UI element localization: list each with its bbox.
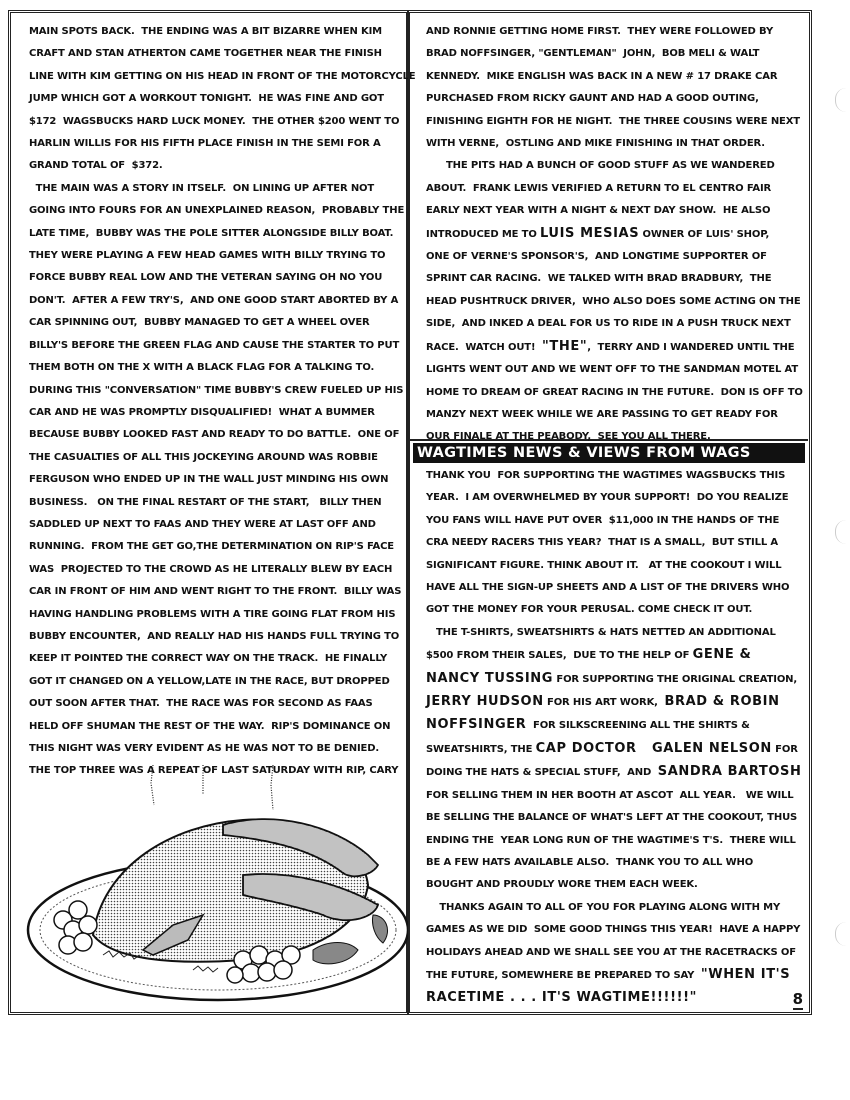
text-line: INTRODUCED ME TO LUIS MESIAS OWNER OF LU… (426, 223, 803, 246)
emphasized-name: CAP DOCTOR GALEN NELSON (536, 741, 772, 756)
text-line: BRAD NOFFSINGER, "GENTLEMAN" JOHN, BOB M… (426, 43, 803, 65)
race-report-section: AND RONNIE GETTING HOME FIRST. THEY WERE… (410, 13, 808, 441)
text-line: CAR IN FRONT OF HIM AND WENT RIGHT TO TH… (29, 581, 415, 603)
text-line: DURING THIS "CONVERSATION" TIME BUBBY'S … (29, 380, 415, 402)
text-line: FORCE BUBBY REAL LOW AND THE VETERAN SAY… (29, 267, 415, 289)
text-line: $172 WAGSBUCKS HARD LUCK MONEY. THE OTHE… (29, 111, 415, 133)
text-line: MAIN SPOTS BACK. THE ENDING WAS A BIT BI… (29, 21, 415, 43)
text-line: RACETIME . . . IT'S WAGTIME!!!!!!" (426, 987, 801, 1010)
text-run: , TERRY AND I WANDERED UNTIL THE (587, 342, 794, 353)
text-line: OUT SOON AFTER THAT. THE RACE WAS FOR SE… (29, 693, 415, 715)
text-line: RACE. WATCH OUT! "THE", TERRY AND I WAND… (426, 336, 803, 359)
text-line: GOT THE MONEY FOR YOUR PERUSAL. COME CHE… (426, 599, 801, 621)
text-line: YEAR. I AM OVERWHELMED BY YOUR SUPPORT! … (426, 487, 801, 509)
text-line: FOR SELLING THEM IN HER BOOTH AT ASCOT A… (426, 785, 801, 807)
text-line: THE PITS HAD A BUNCH OF GOOD STUFF AS WE… (426, 155, 803, 177)
text-line: BE SELLING THE BALANCE OF WHAT'S LEFT AT… (426, 807, 801, 829)
text-line: ABOUT. FRANK LEWIS VERIFIED A RETURN TO … (426, 178, 803, 200)
text-run: FOR SUPPORTING THE ORIGINAL CREATION, (553, 674, 797, 685)
text-line: BILLY'S BEFORE THE GREEN FLAG AND CAUSE … (29, 335, 415, 357)
text-line: DON'T. AFTER A FEW TRY'S, AND ONE GOOD S… (29, 290, 415, 312)
text-line: THEM BOTH ON THE X WITH A BLACK FLAG FOR… (29, 357, 415, 379)
text-line: THANK YOU FOR SUPPORTING THE WAGTIMES WA… (426, 465, 801, 487)
text-line: KEEP IT POINTED THE CORRECT WAY ON THE T… (29, 648, 415, 670)
text-line: THE CASUALTIES OF ALL THIS JOCKEYING ARO… (29, 447, 415, 469)
text-line: JUMP WHICH GOT A WORKOUT TONIGHT. HE WAS… (29, 88, 415, 110)
text-line: CRA NEEDY RACERS THIS YEAR? THAT IS A SM… (426, 532, 801, 554)
scan-margin-mark (835, 88, 846, 112)
text-line: SPRINT CAR RACING. WE TALKED WITH BRAD B… (426, 268, 803, 290)
text-line: EARLY NEXT YEAR WITH A NIGHT & NEXT DAY … (426, 200, 803, 222)
text-line: MANZY NEXT WEEK WHILE WE ARE PASSING TO … (426, 404, 803, 426)
text-line: RUNNING. FROM THE GET GO,THE DETERMINATI… (29, 536, 415, 558)
section-banner-wagtimes-news: WAGTIMES NEWS & VIEWS FROM WAGS (413, 443, 805, 463)
text-line: HAVING HANDLING PROBLEMS WITH A TIRE GOI… (29, 604, 415, 626)
text-line: KENNEDY. MIKE ENGLISH WAS BACK IN A NEW … (426, 66, 803, 88)
text-line: FINISHING EIGHTH FOR HE NIGHT. THE THREE… (426, 111, 803, 133)
roast-turkey-illustration (23, 765, 408, 1013)
scan-margin-mark (835, 922, 846, 946)
text-line: HELD OFF SHUMAN THE REST OF THE WAY. RIP… (29, 716, 415, 738)
text-line: CAR SPINNING OUT, BUBBY MANAGED TO GET A… (29, 312, 415, 334)
text-line: SIGNIFICANT FIGURE. THINK ABOUT IT. AT T… (426, 555, 801, 577)
race-report-article: AND RONNIE GETTING HOME FIRST. THEY WERE… (426, 21, 803, 449)
text-run: RACE. WATCH OUT! (426, 342, 542, 353)
text-line: ENDING THE YEAR LONG RUN OF THE WAGTIME'… (426, 830, 801, 852)
text-line: DOING THE HATS & SPECIAL STUFF, AND SAND… (426, 761, 801, 784)
text-line: BUBBY ENCOUNTER, AND REALLY HAD HIS HAND… (29, 626, 415, 648)
text-line: THIS NIGHT WAS VERY EVIDENT AS HE WAS NO… (29, 738, 415, 760)
text-line: HOLIDAYS AHEAD AND WE SHALL SEE YOU AT T… (426, 942, 801, 964)
text-line: CAR AND HE WAS PROMPTLY DISQUALIFIED! WH… (29, 402, 415, 424)
text-line: GOT IT CHANGED ON A YELLOW,LATE IN THE R… (29, 671, 415, 693)
text-line: LIGHTS WENT OUT AND WE WENT OFF TO THE S… (426, 359, 803, 381)
wagtimes-news-article: THANK YOU FOR SUPPORTING THE WAGTIMES WA… (426, 465, 801, 1011)
text-line: HARLIN WILLIS FOR HIS FIFTH PLACE FINISH… (29, 133, 415, 155)
text-line: CRAFT AND STAN ATHERTON CAME TOGETHER NE… (29, 43, 415, 65)
text-line: AND RONNIE GETTING HOME FIRST. THEY WERE… (426, 21, 803, 43)
text-run: $500 FROM THEIR SALES, DUE TO THE HELP O… (426, 650, 693, 661)
text-line: WAS PROJECTED TO THE CROWD AS HE LITERAL… (29, 559, 415, 581)
text-line: HAVE ALL THE SIGN-UP SHEETS AND A LIST O… (426, 577, 801, 599)
text-line: THE T-SHIRTS, SWEATSHIRTS & HATS NETTED … (426, 622, 801, 644)
text-line: BUSINESS. ON THE FINAL RESTART OF THE ST… (29, 492, 415, 514)
scan-margin-mark (835, 520, 846, 544)
page-number: 8 (793, 990, 803, 1010)
text-line: THEY WERE PLAYING A FEW HEAD GAMES WITH … (29, 245, 415, 267)
text-line: HEAD PUSHTRUCK DRIVER, WHO ALSO DOES SOM… (426, 291, 803, 313)
text-line: SADDLED UP NEXT TO FAAS AND THEY WERE AT… (29, 514, 415, 536)
text-run: THE FUTURE, SOMEWHERE BE PREPARED TO SAY (426, 970, 701, 981)
text-line: GAMES AS WE DID SOME GOOD THINGS THIS YE… (426, 919, 801, 941)
text-run: OWNER OF LUIS' SHOP, (639, 229, 769, 240)
text-run: FOR HIS ART WORK, (544, 697, 665, 708)
right-column: AND RONNIE GETTING HOME FIRST. THEY WERE… (408, 10, 812, 1015)
emphasized-name: "THE" (542, 339, 587, 354)
text-line: GRAND TOTAL OF $372. (29, 155, 415, 177)
text-line: PURCHASED FROM RICKY GAUNT AND HAD A GOO… (426, 88, 803, 110)
text-line: THE MAIN WAS A STORY IN ITSELF. ON LININ… (29, 178, 415, 200)
text-line: BE A FEW HATS AVAILABLE ALSO. THANK YOU … (426, 852, 801, 874)
emphasized-name: SANDRA BARTOSH (658, 764, 802, 779)
text-line: THANKS AGAIN TO ALL OF YOU FOR PLAYING A… (426, 897, 801, 919)
text-run: SWEATSHIRTS, THE (426, 744, 536, 755)
emphasized-name: "WHEN IT'S (701, 967, 790, 982)
text-line: SWEATSHIRTS, THE CAP DOCTOR GALEN NELSON… (426, 738, 801, 761)
text-run: FOR (772, 744, 798, 755)
text-run: FOR SILKSCREENING ALL THE SHIRTS & (526, 720, 749, 731)
text-line: $500 FROM THEIR SALES, DUE TO THE HELP O… (426, 644, 801, 667)
text-line: FERGUSON WHO ENDED UP IN THE WALL JUST M… (29, 469, 415, 491)
text-line: ONE OF VERNE'S SPONSOR'S, AND LONGTIME S… (426, 246, 803, 268)
left-column-article: MAIN SPOTS BACK. THE ENDING WAS A BIT BI… (29, 21, 415, 783)
emphasized-name: RACETIME . . . IT'S WAGTIME!!!!!!" (426, 990, 697, 1005)
text-line: NOFFSINGER FOR SILKSCREENING ALL THE SHI… (426, 714, 801, 737)
text-line: JERRY HUDSON FOR HIS ART WORK, BRAD & RO… (426, 691, 801, 714)
text-line: SIDE, AND INKED A DEAL FOR US TO RIDE IN… (426, 313, 803, 335)
text-line: NANCY TUSSING FOR SUPPORTING THE ORIGINA… (426, 668, 801, 691)
text-line: GOING INTO FOURS FOR AN UNEXPLAINED REAS… (29, 200, 415, 222)
text-line: THE FUTURE, SOMEWHERE BE PREPARED TO SAY… (426, 964, 801, 987)
left-column: MAIN SPOTS BACK. THE ENDING WAS A BIT BI… (8, 10, 408, 1015)
emphasized-name: GENE & (693, 647, 752, 662)
emphasized-name: LUIS MESIAS (540, 226, 639, 241)
text-line: LATE TIME, BUBBY WAS THE POLE SITTER ALO… (29, 223, 415, 245)
text-line: WITH VERNE, OSTLING AND MIKE FINISHING I… (426, 133, 803, 155)
emphasized-name: NANCY TUSSING (426, 671, 553, 686)
text-line: YOU FANS WILL HAVE PUT OVER $11,000 IN T… (426, 510, 801, 532)
emphasized-name: JERRY HUDSON (426, 694, 544, 709)
text-line: BOUGHT AND PROUDLY WORE THEM EACH WEEK. (426, 874, 801, 896)
text-line: BECAUSE BUBBY LOOKED FAST AND READY TO D… (29, 424, 415, 446)
text-line: LINE WITH KIM GETTING ON HIS HEAD IN FRO… (29, 66, 415, 88)
text-line: HOME TO DREAM OF GREAT RACING IN THE FUT… (426, 382, 803, 404)
emphasized-name: NOFFSINGER (426, 717, 526, 732)
text-run: DOING THE HATS & SPECIAL STUFF, AND (426, 767, 658, 778)
text-run: INTRODUCED ME TO (426, 229, 540, 240)
emphasized-name: BRAD & ROBIN (665, 694, 780, 709)
